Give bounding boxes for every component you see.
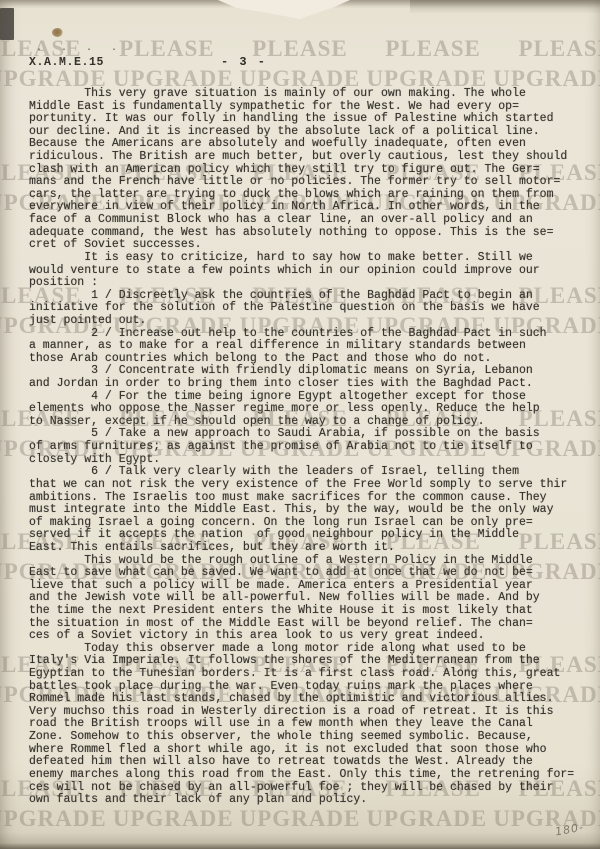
text-line: Zone. Somehow to this observer, the whol… [29, 731, 589, 744]
text-line: elements who oppose the Nasser regime mo… [29, 403, 589, 416]
page-number: - 3 - [221, 55, 267, 69]
text-line: East. This entails sacrifices, but they … [29, 542, 589, 555]
watermark-word: UPGRADE [0, 806, 107, 832]
watermark-row: UPGRADEUPGRADEUPGRADEUPGRADEUPGRADE [0, 806, 600, 832]
text-line: a manner, as to make for a real differen… [29, 340, 589, 353]
text-line: East to save what can be saved. We want … [29, 567, 589, 580]
paper-top-smudge [410, 0, 600, 14]
paper-stain [52, 28, 63, 37]
scan-corner-mark [0, 8, 14, 40]
text-line: must integrate into the Middle East. Thi… [29, 504, 589, 517]
text-line: of arms furnitures; as against the promi… [29, 441, 589, 454]
document-page: PLEASEPLEASEPLEASEPLEASEPLEASEUPGRADEUPG… [0, 0, 600, 849]
text-line: mans and the French have little or no po… [29, 176, 589, 189]
text-line: Rommel made his last stands, chased by t… [29, 693, 589, 706]
text-line: just pointed out. [29, 315, 589, 328]
text-line: ridiculous. The British are much better,… [29, 151, 589, 164]
text-line: that we can not risk the very existence … [29, 479, 589, 492]
document-body: This very grave situation is mainly of o… [29, 88, 589, 807]
watermark-word: PLEASE [385, 36, 480, 62]
text-line: face of a Communist Block who has a clea… [29, 214, 589, 227]
pencil-page-mark: 180- [554, 821, 585, 839]
text-line: enemy marches along this road from the E… [29, 769, 589, 782]
text-line: and Jordan in order to bring them into c… [29, 378, 589, 391]
header-dots: . . . . [36, 43, 119, 54]
watermark-word: PLEASE [119, 36, 214, 62]
text-line: the time the next President enters the W… [29, 605, 589, 618]
text-line: defeated him then will also have to retr… [29, 756, 589, 769]
paper-tear [218, 0, 350, 20]
text-line: This very grave situation is mainly of o… [29, 88, 589, 101]
text-line: It is easy to criticize, hard to say how… [29, 252, 589, 265]
text-line: Egyptian to the Tunesian borders. It is … [29, 668, 589, 681]
text-line: 6 / Talk very clearly with the leaders o… [29, 466, 589, 479]
text-line: ces of a Soviet victory in this area loo… [29, 630, 589, 643]
watermark-word: PLEASE [519, 36, 600, 62]
paper-bottom-edge [0, 843, 600, 849]
watermark-word: UPGRADE [366, 806, 487, 832]
text-line: would venture to state a few points whic… [29, 265, 589, 278]
text-line: own faults and their lack of any plan an… [29, 794, 589, 807]
text-line: position : [29, 277, 589, 290]
text-line: portunity. It was our folly in handling … [29, 113, 589, 126]
watermark-word: UPGRADE [240, 806, 361, 832]
document-reference: X.A.M.E.15 [29, 56, 104, 69]
watermark-word: UPGRADE [113, 806, 234, 832]
